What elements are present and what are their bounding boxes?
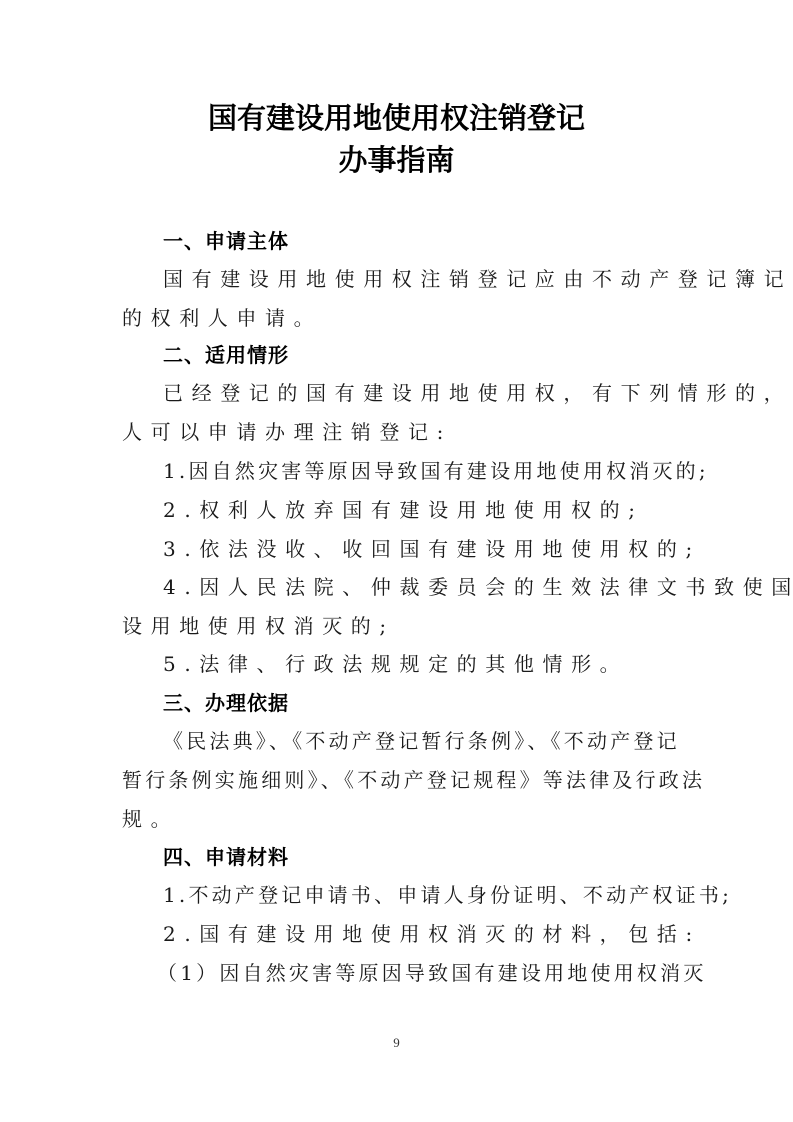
- paragraph-line: 已经登记的国有建设用地使用权，有下列情形的，当事: [163, 374, 723, 413]
- list-item: 2.国有建设用地使用权消灭的材料，包括:: [163, 915, 723, 954]
- list-item: 4.因人民法院、仲裁委员会的生效法律文书致使国有建: [163, 568, 723, 607]
- document-title-line-2: 办事指南: [0, 140, 793, 180]
- paragraph-line: 人可以申请办理注销登记:: [122, 413, 682, 452]
- section-heading-legal-basis: 三、办理依据: [163, 684, 289, 723]
- sub-list-item: （1）因自然灾害等原因导致国有建设用地使用权消灭: [157, 954, 717, 993]
- section-heading-applicable-cases: 二、适用情形: [163, 336, 289, 375]
- paragraph-line: 的权利人申请。: [122, 299, 682, 338]
- list-item: 3.依法没收、收回国有建设用地使用权的;: [163, 530, 723, 569]
- list-item: 1.不动产登记申请书、申请人身份证明、不动产权证书;: [163, 876, 723, 915]
- list-item: 1.因自然灾害等原因导致国有建设用地使用权消灭的;: [163, 452, 723, 491]
- paragraph-line: 规。: [122, 800, 682, 839]
- list-item-continuation: 设用地使用权消灭的;: [122, 607, 682, 646]
- section-heading-applicant: 一、申请主体: [163, 222, 289, 261]
- list-item: 2.权利人放弃国有建设用地使用权的;: [163, 491, 723, 530]
- paragraph-line: 《民法典》、《不动产登记暂行条例》、《不动产登记: [163, 722, 723, 761]
- page-number: 9: [0, 1035, 793, 1051]
- paragraph-line: 暂行条例实施细则》、《不动产登记规程》等法律及行政法: [122, 761, 682, 800]
- section-heading-materials: 四、申请材料: [163, 838, 289, 877]
- list-item: 5.法律、行政法规规定的其他情形。: [163, 645, 723, 684]
- paragraph-line: 国有建设用地使用权注销登记应由不动产登记簿记载: [163, 260, 723, 299]
- document-title-line-1: 国有建设用地使用权注销登记: [0, 98, 793, 138]
